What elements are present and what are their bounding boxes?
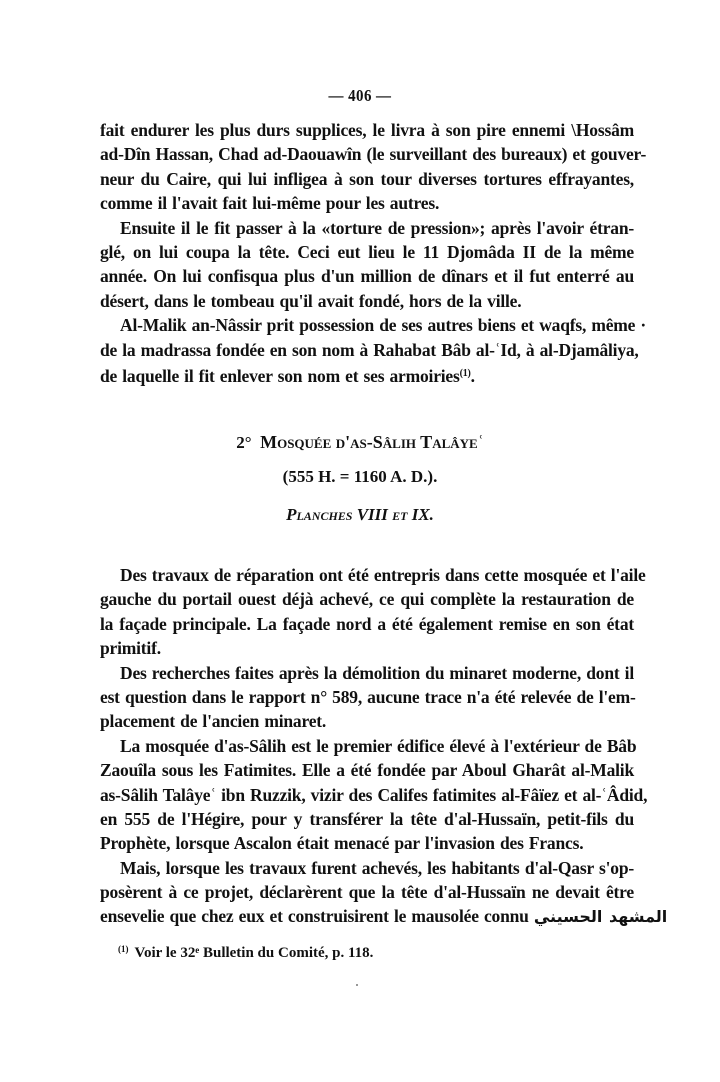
text-line: Des recherches faites après la démolitio… [100,661,634,685]
section-heading: 2° Mosquée d'as-Sâlih Talâyeʿ [0,432,720,453]
text-line-with-footnote: de laquelle il fit enlever son nom et se… [100,362,634,386]
arabic-term: المشهد الحسيني [534,907,667,926]
footnote-text: Voir le 32ᵉ Bulletin du Comité, p. 118. [135,945,374,961]
text-line: en 555 de l'Hégire, pour y transférer la… [100,807,634,831]
text-line: posèrent à ce projet, déclarèrent que la… [100,880,634,904]
page-number: — 406 — [43,86,677,106]
text-line: de la madrassa fondée en son nom à Rahab… [100,338,634,362]
text-line: ad-Dîn Hassan, Chad ad-Daouawîn (le surv… [100,142,634,166]
text-line: Prophète, lorsque Ascalon était menacé p… [100,831,634,855]
text-line: fait endurer les plus durs supplices, le… [100,118,634,142]
text-line: année. On lui confisqua plus d'un millio… [100,264,634,288]
text-line: comme il l'avait fait lui-même pour les … [100,191,634,215]
section-1-text: fait endurer les plus durs supplices, le… [100,118,634,386]
scan-speck [356,984,358,986]
text-line: Al-Malik an-Nâssir prit possession de se… [100,313,634,337]
text-line: est question dans le rapport n° 589, auc… [100,685,634,709]
text-line: Des travaux de réparation ont été entrep… [100,563,634,587]
heading-plates: Planches VIII et IX. [0,505,720,525]
text-line: de laquelle il fit enlever son nom et se… [100,366,460,386]
heading-date: (555 H. = 1160 A. D.). [0,467,720,487]
heading-title: Mosquée d'as-Sâlih Talâyeʿ [260,432,484,452]
text-line: gauche du portail ouest déjà achevé, ce … [100,587,634,611]
punctuation: . [471,366,475,386]
text-line: glé, on lui coupa la tête. Ceci eut lieu… [100,240,634,264]
text-line: Mais, lorsque les travaux furent achevés… [100,856,634,880]
text-line: Zaouîla sous les Fatimites. Elle a été f… [100,758,634,782]
text-line: ensevelie que chez eux et construisirent… [100,906,529,926]
text-line: Ensuite il le fit passer à la «torture d… [100,216,634,240]
text-line: neur du Caire, qui lui infligea à son to… [100,167,634,191]
text-line-with-arabic: ensevelie que chez eux et construisirent… [100,904,634,928]
footnote-mark: (1) [118,944,129,954]
text-line: désert, dans le tombeau qu'il avait fond… [100,289,634,313]
footnote-reference[interactable]: (1) [460,368,471,379]
text-line: la façade principale. La façade nord a é… [100,612,634,636]
footnote: (1)Voir le 32ᵉ Bulletin du Comité, p. 11… [118,944,373,962]
section-2-text: Des travaux de réparation ont été entrep… [100,563,634,929]
text-line: La mosquée d'as-Sâlih est le premier édi… [100,734,634,758]
text-line: primitif. [100,636,634,660]
heading-number: 2° [236,433,251,452]
text-line: placement de l'ancien minaret. [100,709,634,733]
text-line: as-Sâlih Talâyeʿ ibn Ruzzik, vizir des C… [100,783,634,807]
